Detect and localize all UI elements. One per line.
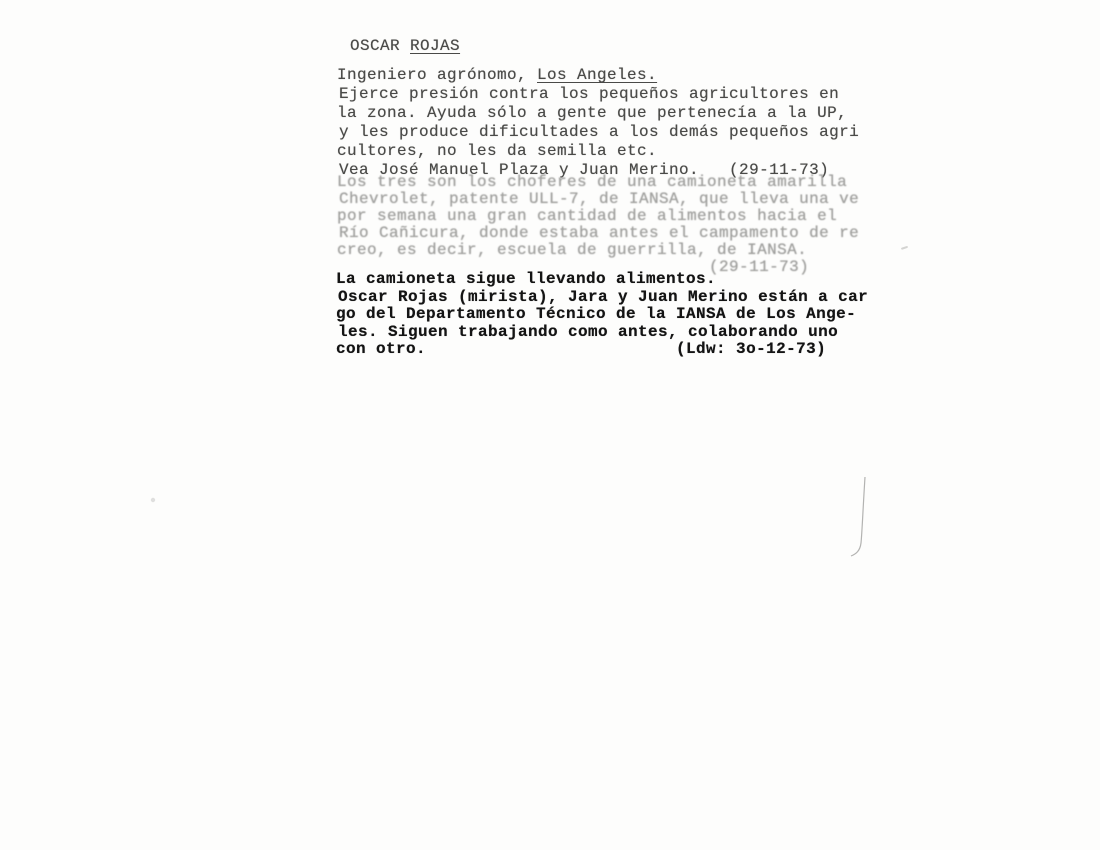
scanned-document-page: OSCAR ROJAS Ingeniero agrónomo, Los Ange… <box>0 0 1100 850</box>
typed-line: OSCAR ROJAS <box>350 37 460 56</box>
typed-text: go del Departamento Técnico de la IANSA … <box>336 305 856 323</box>
typed-line: Los tres son los choferes de una camione… <box>337 174 857 191</box>
scan-speck <box>151 498 155 502</box>
typed-text: Ejerce presión contra los pequeños agric… <box>339 85 839 103</box>
typed-text: Oscar Rojas (mirista), Jara y Juan Merin… <box>338 288 868 306</box>
typed-line: Ejerce presión contra los pequeños agric… <box>339 85 859 104</box>
typed-text: la zona. Ayuda sólo a gente que pertenec… <box>337 104 847 122</box>
typed-text: con otro. (Ldw: 3o-12-73) <box>336 340 826 358</box>
underlined-text: ROJAS <box>410 37 460 55</box>
scan-scratch-artifact <box>851 477 865 556</box>
typed-line: creo, es decir, escuela de guerrilla, de… <box>337 242 857 259</box>
typed-line: Ingeniero agrónomo, Los Angeles. <box>337 66 857 85</box>
typed-line: cultores, no les da semilla etc. <box>337 142 857 161</box>
typed-text: La camioneta sigue llevando alimentos. <box>336 270 716 288</box>
update-note-block: La camioneta sigue llevando alimentos.Os… <box>337 271 867 359</box>
typed-line: con otro. (Ldw: 3o-12-73) <box>336 341 866 359</box>
typed-line: les. Siguen trabajando como antes, colab… <box>338 324 868 342</box>
typed-text: y les produce dificultades a los demás p… <box>339 123 859 141</box>
typed-line: go del Departamento Técnico de la IANSA … <box>336 306 866 324</box>
underlined-text: Los Angeles. <box>537 66 657 84</box>
typed-text: creo, es decir, escuela de guerrilla, de… <box>337 241 807 259</box>
typed-line: La camioneta sigue llevando alimentos. <box>336 271 866 289</box>
scan-speck <box>901 246 908 250</box>
typed-line: y les produce dificultades a los demás p… <box>339 123 859 142</box>
typed-text: Ingeniero agrónomo, <box>337 66 537 84</box>
typed-line: por semana una gran cantidad de alimento… <box>337 208 857 225</box>
profile-paragraph-block: Ingeniero agrónomo, Los Angeles.Ejerce p… <box>338 66 858 180</box>
typed-line: Oscar Rojas (mirista), Jara y Juan Merin… <box>338 289 868 307</box>
typed-text: OSCAR <box>350 37 410 55</box>
typed-line: Chevrolet, patente ULL-7, de IANSA, que … <box>339 191 859 208</box>
document-title-block: OSCAR ROJAS <box>351 37 461 56</box>
typed-text: les. Siguen trabajando como antes, colab… <box>338 323 838 341</box>
typed-line: Río Cañicura, donde estaba antes el camp… <box>339 225 859 242</box>
typed-text: Los tres son los choferes de una camione… <box>337 173 847 191</box>
typed-text: Chevrolet, patente ULL-7, de IANSA, que … <box>339 190 859 208</box>
typed-line: la zona. Ayuda sólo a gente que pertenec… <box>337 104 857 123</box>
faded-note-block: Los tres son los choferes de una camione… <box>338 174 858 276</box>
typed-text: cultores, no les da semilla etc. <box>337 142 657 160</box>
typed-text: Río Cañicura, donde estaba antes el camp… <box>339 224 859 242</box>
typed-text: por semana una gran cantidad de alimento… <box>337 207 837 225</box>
